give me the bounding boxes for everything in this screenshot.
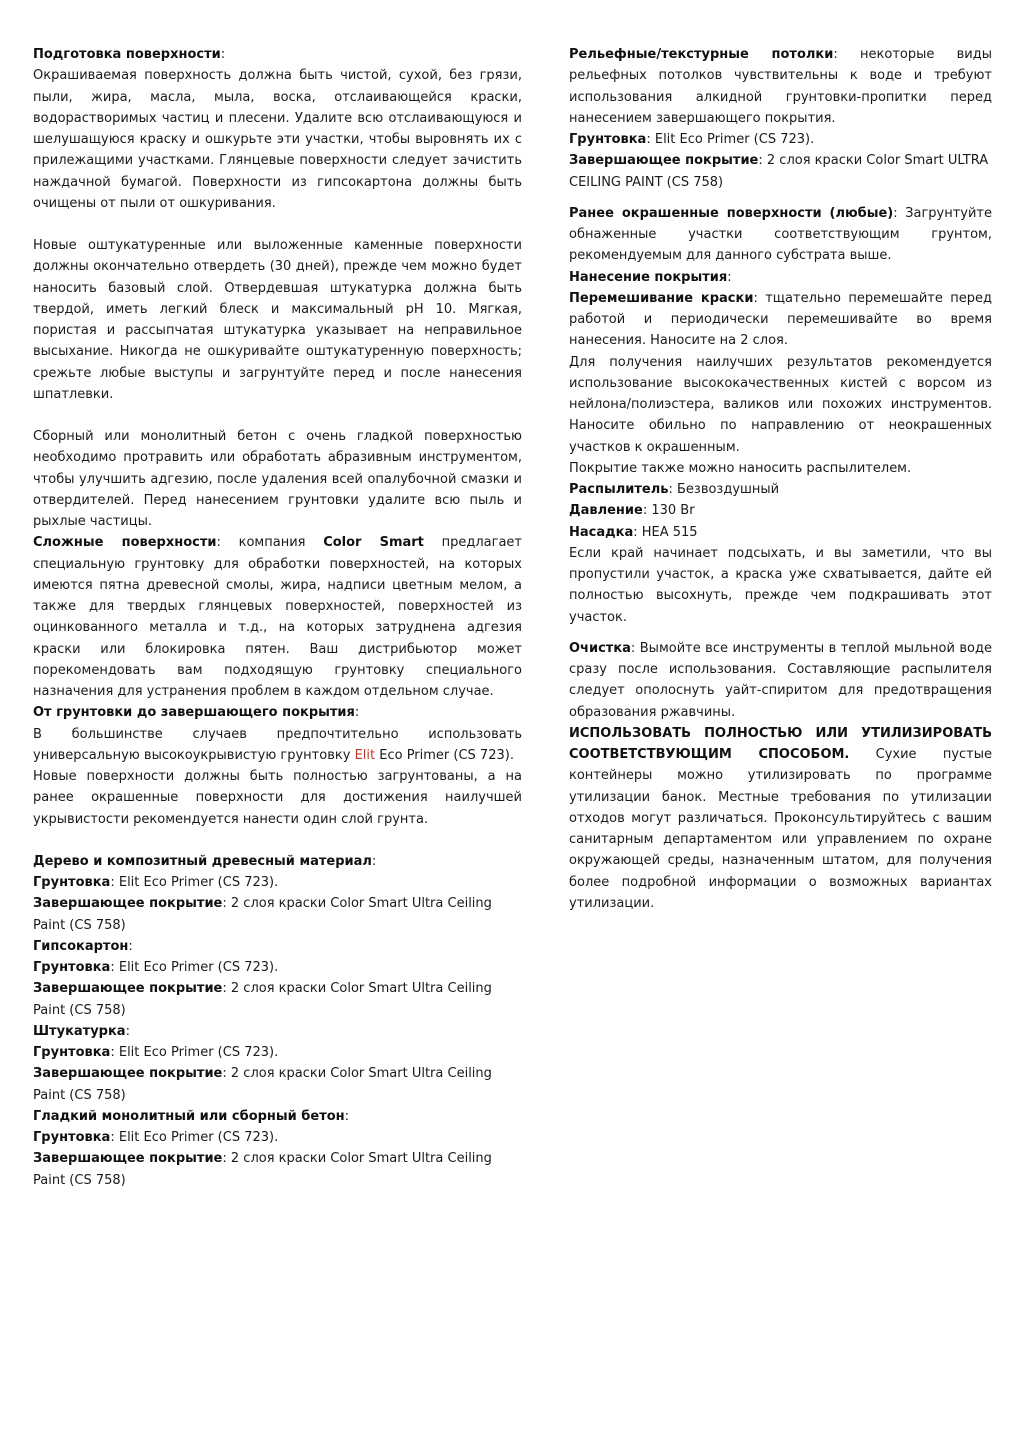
textured-finish: Завершающее покрытие: 2 слоя краски Colo…	[569, 150, 992, 193]
left-column: Подготовка поверхности: Окрашиваемая пов…	[33, 44, 522, 1191]
previously-painted-paragraph: Ранее окрашенные поверхности (любые): За…	[569, 203, 992, 267]
sprayer-spec: Распылитель: Безвоздушный	[569, 479, 992, 500]
primer-to-finish-text1: В большинстве случаев предпочтительно ис…	[33, 724, 522, 767]
difficult-surfaces-paragraph: Сложные поверхности: компания Color Smar…	[33, 532, 522, 702]
spray-paragraph: Покрытие также можно наносить распылител…	[569, 458, 992, 479]
substrate-drywall: Гипсокартон: Грунтовка: Elit Eco Primer …	[33, 936, 522, 1021]
tip-spec: Насадка: HEA 515	[569, 522, 992, 543]
elit-highlight: Elit	[355, 748, 376, 763]
concrete-paragraph: Сборный или монолитный бетон с очень гла…	[33, 426, 522, 532]
substrate-plaster: Штукатурка: Грунтовка: Elit Eco Primer (…	[33, 1021, 522, 1106]
textured-primer: Грунтовка: Elit Eco Primer (CS 723).	[569, 129, 992, 150]
application-heading: Нанесение покрытия:	[569, 267, 992, 288]
primer-to-finish-text2: Новые поверхности должны быть полностью …	[33, 766, 522, 830]
tools-paragraph: Для получения наилучших результатов реко…	[569, 352, 992, 458]
surface-prep-text: Окрашиваемая поверхность должна быть чис…	[33, 65, 522, 214]
primer-to-finish-heading: От грунтовки до завершающего покрытия:	[33, 702, 522, 723]
brand-name: Color Smart	[323, 535, 424, 550]
mixing-paragraph: Перемешивание краски: тщательно перемеша…	[569, 288, 992, 352]
edge-paragraph: Если край начинает подсыхать, и вы замет…	[569, 543, 992, 628]
substrate-concrete: Гладкий монолитный или сборный бетон: Гр…	[33, 1106, 522, 1191]
right-column: Рельефные/текстурные потолки: некоторые …	[569, 44, 992, 914]
plaster-paragraph: Новые оштукатуренные или выложенные каме…	[33, 235, 522, 405]
disposal-paragraph: ИСПОЛЬЗОВАТЬ ПОЛНОСТЬЮ ИЛИ УТИЛИЗИРОВАТЬ…	[569, 723, 992, 914]
substrate-wood: Дерево и композитный древесный материал:…	[33, 851, 522, 936]
surface-prep-title: Подготовка поверхности	[33, 47, 221, 62]
pressure-spec: Давление: 130 Br	[569, 500, 992, 521]
difficult-surfaces-title: Сложные поверхности	[33, 535, 217, 550]
cleanup-paragraph: Очистка: Вымойте все инструменты в тепло…	[569, 638, 992, 723]
surface-prep-section: Подготовка поверхности:	[33, 44, 522, 65]
textured-ceilings-paragraph: Рельефные/текстурные потолки: некоторые …	[569, 44, 992, 129]
